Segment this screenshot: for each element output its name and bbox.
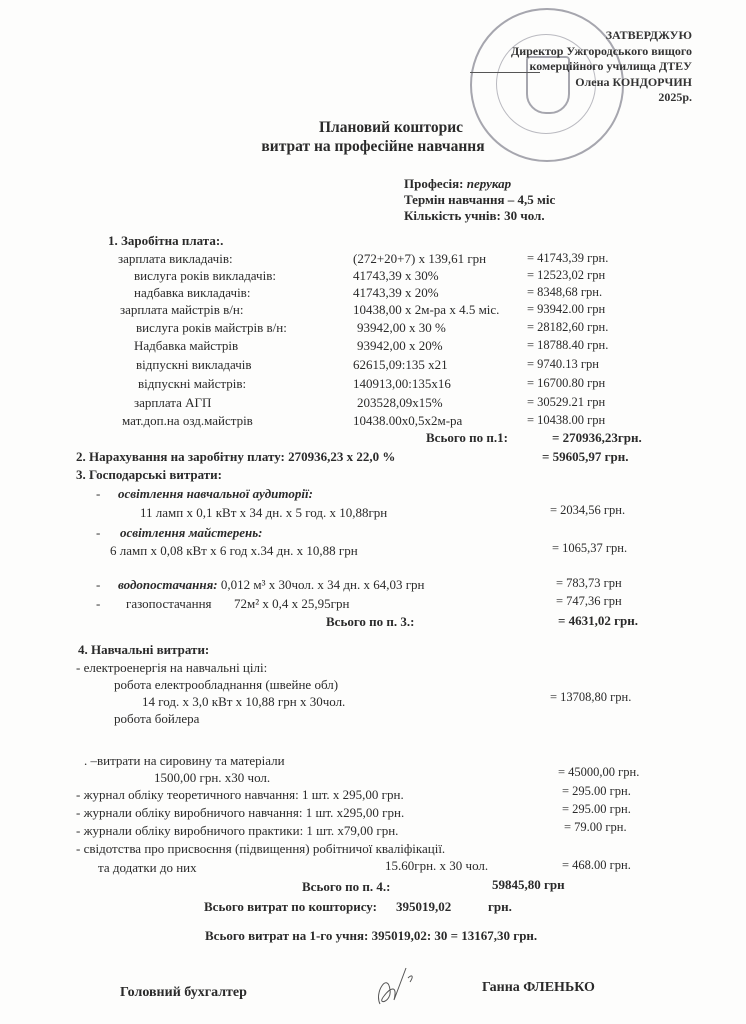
- salary-row-formula: 62615,09:135 х21: [353, 357, 448, 373]
- salary-row-formula: 93942,00 х 20%: [357, 338, 443, 354]
- duration: Термін навчання – 4,5 міс: [404, 192, 555, 208]
- salary-row-formula: 41743,39 х 20%: [353, 285, 439, 301]
- equipment-formula: 14 год. х 3,0 кВт х 10,88 грн х 30чол.: [142, 694, 345, 710]
- salary-row-formula: 10438.00х0,5х2м-ра: [353, 413, 462, 429]
- title-line-2: витрат на професійне навчання: [0, 137, 746, 156]
- accountant-name: Ганна ФЛЕНЬКО: [482, 980, 595, 996]
- journal-theory-value: = 295.00 грн.: [562, 784, 631, 799]
- lighting-auditorium-value: = 2034,56 грн.: [550, 503, 625, 518]
- journal-practice-value: = 79.00 грн.: [564, 820, 627, 835]
- salary-row-label: надбавка викладачів:: [134, 285, 250, 301]
- approval-year: 2025р.: [511, 90, 692, 106]
- profession-value: перукар: [467, 176, 511, 191]
- accountant-position: Головний бухгалтер: [120, 985, 247, 1001]
- meta-block: Професія: перукар Термін навчання – 4,5 …: [404, 176, 555, 224]
- materials-item: . –витрати на сировину та матеріали: [84, 753, 285, 769]
- salary-row-result: = 93942.00 грн: [527, 302, 605, 317]
- section2-heading: 2. Нарахування на заробітну плату: 27093…: [76, 449, 395, 465]
- certificates-sub: та додатки до них: [98, 860, 197, 876]
- salary-row-formula: 93942,00 х 30 %: [357, 320, 446, 336]
- section3-total-label: Всього по п. 3.:: [326, 614, 414, 630]
- salary-row-result: = 8348,68 грн.: [527, 285, 602, 300]
- salary-row-result: = 10438.00 грн: [527, 413, 605, 428]
- document-title: Плановий кошторис витрат на професійне н…: [0, 118, 746, 156]
- lighting-workshops-value: = 1065,37 грн.: [552, 541, 627, 556]
- section1-total-label: Всього по п.1:: [426, 430, 508, 446]
- bullet-dash: -: [96, 486, 100, 502]
- certificates-value: = 468.00 грн.: [562, 858, 631, 873]
- salary-row-label: зарплата викладачів:: [118, 251, 233, 267]
- water-supply-title: водопостачання:: [118, 577, 218, 592]
- salary-row-result: = 41743,39 грн.: [527, 251, 608, 266]
- approval-director-name: Олена КОНДОРЧИН: [511, 75, 692, 91]
- section1-heading: 1. Заробітна плата:.: [108, 233, 223, 249]
- salary-row-label: зарплата АГП: [134, 395, 211, 411]
- lighting-auditorium-formula: 11 ламп х 0,1 кВт х 34 дн. х 5 год. х 10…: [140, 505, 387, 521]
- bullet-dash: -: [96, 525, 100, 541]
- certificates-item: - свідотства про присвоєння (підвищення)…: [76, 841, 445, 857]
- title-line-1: Плановий кошторис: [0, 118, 746, 137]
- estimate-total-label: Всього витрат по кошторису:: [204, 899, 377, 915]
- lighting-workshops-formula: 6 ламп х 0,08 кВт х 6 год х.34 дн. х 10,…: [110, 543, 358, 559]
- water-supply-row: водопостачання: 0,012 м³ х 30чол. х 34 д…: [118, 577, 424, 593]
- boiler-item: робота бойлера: [114, 711, 199, 727]
- salary-row-result: = 30529.21 грн: [527, 395, 605, 410]
- salary-row-label: відпускні викладачів: [136, 357, 252, 373]
- salary-row-result: = 28182,60 грн.: [527, 320, 608, 335]
- per-student-total: Всього витрат на 1-го учня: 395019,02: 3…: [205, 928, 537, 944]
- salary-row-formula: 203528,09х15%: [357, 395, 443, 411]
- materials-formula: 1500,00 грн. х30 чол.: [154, 770, 270, 786]
- section3-total-value: = 4631,02 грн.: [558, 613, 638, 629]
- equipment-item: робота електрообладнання (швейне обл): [114, 677, 338, 693]
- lighting-workshops-title: освітлення майстерень:: [120, 525, 263, 541]
- estimate-total-value: 395019,02: [396, 899, 451, 915]
- approval-position: Директор Ужгородського вищого: [511, 44, 692, 60]
- water-supply-formula: 0,012 м³ х 30чол. х 34 дн. х 64,03 грн: [218, 577, 425, 592]
- gas-supply-title: газопостачання: [126, 596, 212, 612]
- salary-row-label: вислуга років майстрів в/н:: [136, 320, 287, 336]
- lighting-auditorium-title: освітлення навчальної аудиторії:: [118, 486, 313, 502]
- section2-value: = 59605,97 грн.: [542, 449, 629, 465]
- salary-row-label: вислуга років викладачів:: [134, 268, 276, 284]
- salary-row-result: = 12523,02 грн: [527, 268, 605, 283]
- approval-institution: комерційного училища ДТЕУ: [511, 59, 692, 75]
- section3-heading: 3. Господарські витрати:: [76, 467, 222, 483]
- section1-total-value: = 270936,23грн.: [552, 430, 642, 446]
- salary-row-result: = 16700.80 грн: [527, 376, 605, 391]
- water-supply-value: = 783,73 грн: [556, 576, 622, 591]
- section4-heading: 4. Навчальні витрати:: [78, 642, 209, 658]
- bullet-dash: -: [96, 577, 100, 593]
- salary-row-result: = 18788.40 грн.: [527, 338, 608, 353]
- salary-row-result: = 9740.13 грн: [527, 357, 599, 372]
- journal-production-item: - журнали обліку виробничого навчання: 1…: [76, 805, 404, 821]
- journal-practice-item: - журнали обліку виробничого практики: 1…: [76, 823, 398, 839]
- section4-total-value: 59845,80 грн: [492, 877, 565, 893]
- equipment-value: = 13708,80 грн.: [550, 690, 631, 705]
- salary-row-label: відпускні майстрів:: [138, 376, 246, 392]
- bullet-dash: -: [96, 596, 100, 612]
- estimate-total-unit: грн.: [488, 899, 512, 915]
- materials-value: = 45000,00 грн.: [558, 765, 639, 780]
- salary-row-formula: 41743,39 х 30%: [353, 268, 439, 284]
- journal-production-value: = 295.00 грн.: [562, 802, 631, 817]
- salary-row-label: мат.доп.на озд.майстрів: [122, 413, 253, 429]
- salary-row-formula: 140913,00:135х16: [353, 376, 451, 392]
- journal-theory-item: - журнал обліку теоретичного навчання: 1…: [76, 787, 404, 803]
- salary-row-label: зарплата майстрів в/н:: [120, 302, 243, 318]
- profession-label: Професія:: [404, 176, 464, 191]
- approval-block: ЗАТВЕРДЖУЮ Директор Ужгородського вищого…: [511, 28, 692, 106]
- gas-supply-value: = 747,36 грн: [556, 594, 622, 609]
- students-count: Кількість учнів: 30 чол.: [404, 208, 555, 224]
- approval-title: ЗАТВЕРДЖУЮ: [511, 28, 692, 44]
- electricity-item: - електроенергія на навчальні цілі:: [76, 660, 267, 676]
- salary-row-label: Надбавка майстрів: [134, 338, 238, 354]
- salary-row-formula: (272+20+7) х 139,61 грн: [353, 251, 486, 267]
- signature-icon: [368, 962, 428, 1012]
- gas-supply-formula: 72м² х 0,4 х 25,95грн: [234, 596, 349, 612]
- certificates-formula: 15.60грн. х 30 чол.: [385, 858, 488, 874]
- salary-row-formula: 10438,00 х 2м-ра х 4.5 міс.: [353, 302, 499, 318]
- section4-total-label: Всього по п. 4.:: [302, 879, 390, 895]
